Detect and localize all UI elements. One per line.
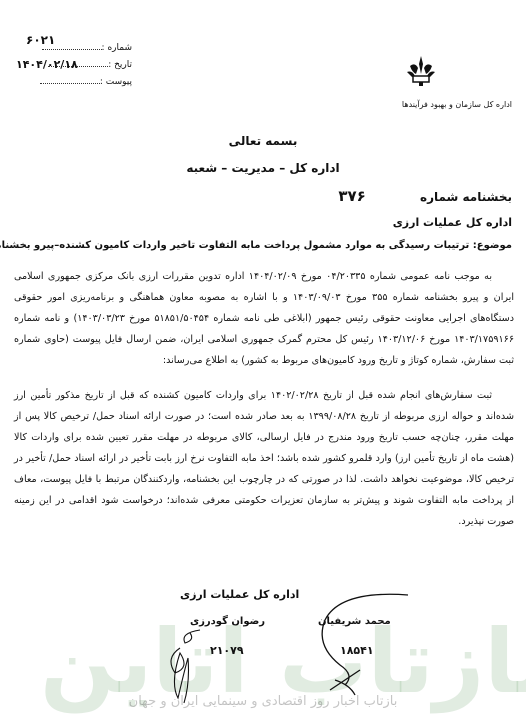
attachment-row: پیوست : [12, 74, 132, 91]
letter-body: به موجب نامه عمومی شماره ۰۴/۲۰۳۳۵ مورخ ۱… [14, 266, 514, 546]
letter-meta: شماره : ۶۰۲۱ تاریخ : ۱۴۰۴/۰۲/۱۸ پیوست : [12, 40, 132, 91]
date-row: تاریخ : ۱۴۰۴/۰۲/۱۸ [12, 57, 132, 74]
signatory-code: ۲۱۰۷۹ [210, 644, 244, 657]
letter-number: ۶۰۲۱ [26, 32, 55, 49]
body-paragraph: به موجب نامه عمومی شماره ۰۴/۲۰۳۳۵ مورخ ۱… [14, 266, 514, 371]
number-row: شماره : ۶۰۲۱ [12, 40, 132, 57]
org-unit: اداره کل سازمان و بهبود فرآیندها [402, 100, 512, 109]
signature-scribble-icon [160, 628, 210, 708]
watermark-tagline: بازتاب اخبار روز اقتصادی و سینمایی ایران… [0, 694, 526, 709]
signature-title: اداره کل عملیات ارزی [180, 588, 299, 601]
signatory-name: رضوان گودرزی [190, 616, 265, 627]
signature-scribble-icon [300, 590, 410, 700]
addressee: اداره کل عملیات ارزی [393, 216, 512, 229]
circular-heading: بخشنامه شماره ۳۷۶ [338, 187, 512, 205]
body-paragraph: ثبت سفارش‌های انجام شده قبل از تاریخ ۱۴۰… [14, 385, 514, 532]
letter-date: ۱۴۰۴/۰۲/۱۸ [16, 56, 78, 73]
subject-line: موضوع: ترتیبات رسیدگی به موارد مشمول پرد… [0, 240, 512, 251]
circular-label: بخشنامه شماره [420, 190, 512, 204]
circular-number: ۳۷۶ [338, 187, 365, 205]
customs-emblem-icon [406, 54, 436, 88]
number-label: شماره : [102, 40, 132, 57]
department-line: اداره کل – مدیریت – شعبه [0, 161, 526, 175]
date-label: تاریخ : [108, 57, 132, 74]
attachment-label: پیوست : [100, 74, 132, 91]
basmala: بسمه تعالی [0, 134, 526, 148]
